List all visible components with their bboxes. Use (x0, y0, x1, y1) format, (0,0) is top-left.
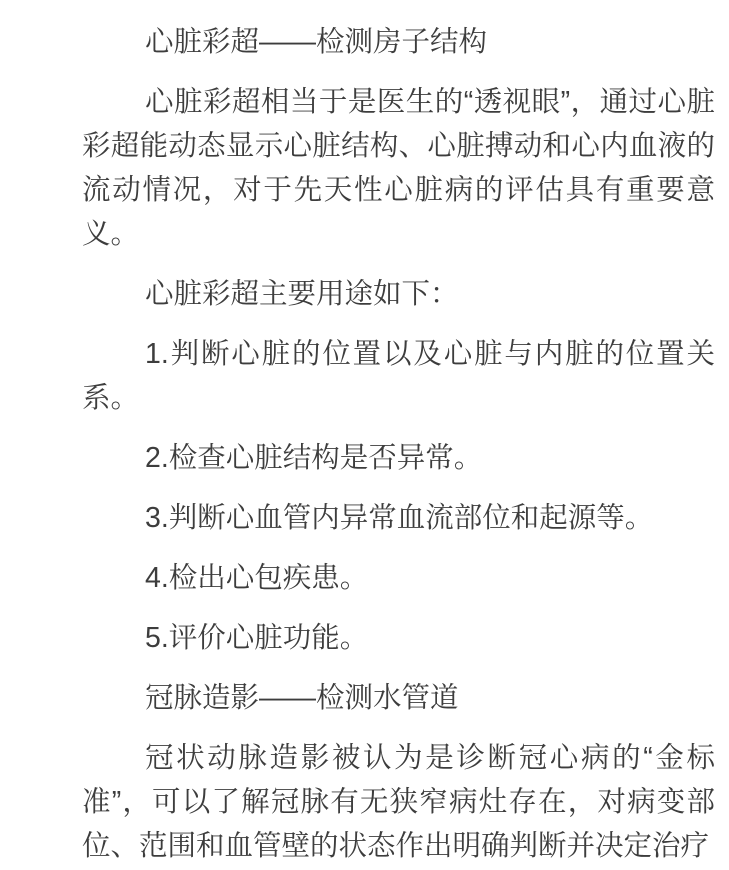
article-paragraph: 心脏彩超相当于是医生的“透视眼”，通过心脏彩超能动态显示心脏结构、心脏搏动和心内… (82, 80, 715, 256)
list-item: 2.检查心脏结构是否异常。 (82, 436, 715, 480)
article-paragraph: 冠状动脉造影被认为是诊断冠心病的“金标准”，可以了解冠脉有无狭窄病灶存在，对病变… (82, 736, 715, 868)
article-paragraph: 心脏彩超主要用途如下： (82, 272, 715, 316)
section-heading: 心脏彩超——检测房子结构 (82, 20, 715, 64)
list-item: 5.评价心脏功能。 (82, 616, 715, 660)
list-item: 1.判断心脏的位置以及心脏与内脏的位置关系。 (82, 332, 715, 420)
article-body: 心脏彩超——检测房子结构心脏彩超相当于是医生的“透视眼”，通过心脏彩超能动态显示… (0, 0, 729, 870)
list-item: 3.判断心血管内异常血流部位和起源等。 (82, 496, 715, 540)
section-heading: 冠脉造影——检测水管道 (82, 676, 715, 720)
list-item: 4.检出心包疾患。 (82, 556, 715, 600)
